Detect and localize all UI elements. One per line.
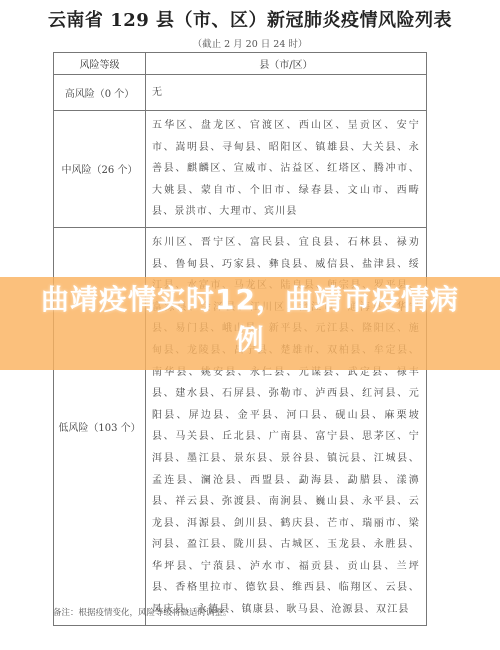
headline-text: 曲靖疫情实时12，曲靖市疫情病例 bbox=[40, 280, 460, 360]
document-subtitle: （截止 2 月 20 日 24 时） bbox=[0, 36, 500, 50]
table-row-medium-risk: 中风险（26 个） 五华区、盘龙区、官渡区、西山区、呈贡区、安宁市、嵩明县、寻甸… bbox=[54, 111, 427, 228]
risk-level-label: 高风险（0 个） bbox=[54, 75, 146, 111]
header-risk-level: 风险等级 bbox=[54, 53, 146, 75]
table-header-row: 风险等级 县（市/区） bbox=[54, 53, 427, 75]
table-row-high-risk: 高风险（0 个） 无 bbox=[54, 75, 427, 111]
county-list: 五华区、盘龙区、官渡区、西山区、呈贡区、安宁市、嵩明县、寻甸县、昭阳区、镇雄县、… bbox=[146, 111, 427, 228]
footnote: 备注：根据疫情变化，风险等级将做适时调整。 bbox=[53, 606, 232, 618]
risk-level-label: 中风险（26 个） bbox=[54, 111, 146, 228]
header-counties: 县（市/区） bbox=[146, 53, 427, 75]
county-list: 无 bbox=[146, 75, 427, 111]
document-title: 云南省 129 县（市、区）新冠肺炎疫情风险列表 bbox=[0, 6, 500, 32]
